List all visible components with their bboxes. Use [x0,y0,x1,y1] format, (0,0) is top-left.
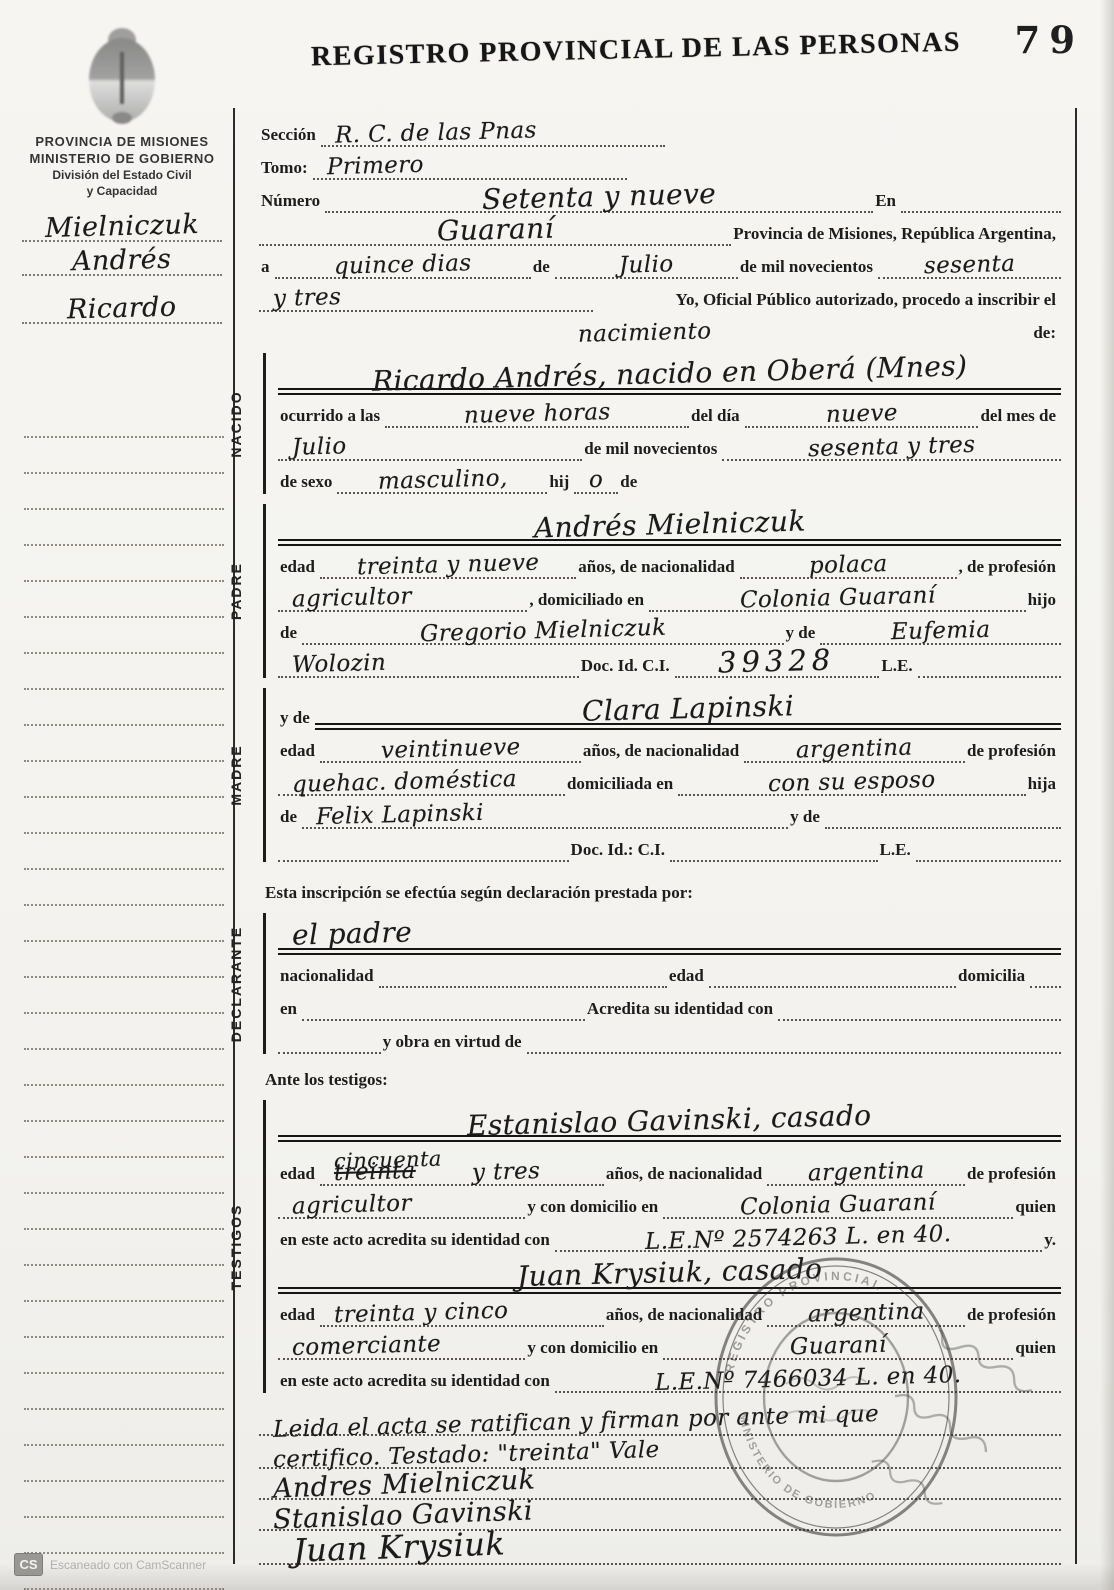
witness2-profesion-field: comerciante [278,1336,525,1360]
tomo-field: Primero [313,156,627,180]
numero-value: Setenta y nueve [482,181,717,214]
madre-section-label: MADRE [228,744,244,805]
tomo-value: Primero [326,155,423,179]
nacido-de-label: de [618,473,642,494]
padre-doc-label: Doc. Id. C.I. [579,657,675,678]
madre-mother-field [825,827,1061,829]
province-label: Provincia de Misiones, República Argenti… [731,225,1061,246]
declarante-acredita-label: Acredita su identidad con [585,1000,778,1021]
witness1-domicilio-field: Colonia Guaraní [663,1195,1013,1219]
a-label: a [259,258,275,279]
witness2-edad-value: treinta y cinco [334,1301,509,1327]
row-madre-name: y de Clara Lapinski [278,688,1061,730]
row-nacido-sexo: de sexo masculino, hij o de [278,461,1061,494]
margin-dotted-line [24,1266,224,1302]
declarante-value: el padre [292,919,413,949]
year-cont-field: y tres [259,288,593,312]
padre-edad-value: treinta y nueve [357,553,540,580]
madre-blank-field [278,860,569,862]
margin-dotted-line [24,1158,224,1194]
sexo-value: masculino, [377,468,507,493]
century-label: de mil novecientos [738,258,878,279]
ocurrido-label: ocurrido a las [278,407,385,428]
padre-y-de-label: y de [784,624,821,645]
row-padre-domicilio: agricultor , domiciliado en Colonia Guar… [278,579,1061,612]
row-declarante-virtud: y obra en virtud de [278,1021,1061,1054]
margin-dotted-line [24,726,224,762]
margin-dotted-line [24,510,224,546]
padre-profesion-value: agricultor [292,586,412,611]
row-witness1-edad: edad cincuenta treinta y tres años, de n… [278,1142,1061,1186]
org-line-4: y Capacidad [20,184,224,198]
witness1-edad-rest: y tres [472,1161,541,1185]
spacer-fill [1030,986,1061,988]
seccion-label: Sección [259,126,321,147]
birth-month-value: Julio [292,436,347,459]
year-cont-value: y tres [273,287,342,311]
section-declarante: DECLARANTE el padre nacionalidad edad do… [263,913,1061,1054]
row-padre-name: Andrés Mielniczuk [278,504,1061,546]
scanned-birth-certificate: REGISTRO PROVINCIAL DE LAS PERSONAS 79 P… [0,0,1114,1590]
madre-edad-label: edad [278,742,320,763]
padre-le-label: L.E. [879,657,917,678]
hij-label: hij [547,473,574,494]
margin-dotted-line [24,1014,224,1050]
month-value: Julio [619,254,674,277]
row-nacido-month: Julio de mil novecientos sesenta y tres [278,428,1061,461]
madre-y-de2-label: y de [788,808,825,829]
witness1-quien-label: quien [1013,1198,1061,1219]
org-line-3: División del Estado Civil [20,168,224,182]
row-seccion: Sección R. C. de las Pnas [259,114,1061,147]
padre-anos-label: años, de nacionalidad [576,558,739,579]
seccion-value: R. C. de las Pnas [335,120,537,147]
margin-dotted-line [24,1086,224,1122]
padre-edad-field: treinta y nueve [320,555,576,579]
margin-dotted-line [24,474,224,510]
madre-father-field: Felix Lapinski [302,805,788,829]
margin-dotted-line [24,654,224,690]
declarante-edad-field [709,986,956,988]
row-declarante-identidad: en Acredita su identidad con [278,988,1061,1021]
madre-ci-field [670,860,878,862]
given-name-1-handwriting: Andrés [72,247,172,275]
sexo-label: de sexo [278,473,337,494]
row-madre-doc: Doc. Id.: C.I. L.E. [278,829,1061,862]
row-padre-doc: Wolozin Doc. Id. C.I. 39328 L.E. [278,645,1061,678]
margin-dotted-line [24,978,224,1014]
seccion-field: R. C. de las Pnas [321,123,665,147]
padre-mother2-field: Wolozin [278,654,579,678]
org-line-2: MINISTERIO DE GOBIERNO [20,151,224,166]
witness1-nacionalidad-field: argentina [767,1162,965,1186]
domicilia-label: domicilia [956,967,1030,988]
madre-nacionalidad-field: argentina [744,739,965,763]
declarante-en-field [302,1019,585,1021]
witness1-domicilio-value: Colonia Guaraní [740,1192,936,1219]
day-field: quince dias [275,255,531,279]
act-value: nacimiento [578,321,712,346]
row-madre-domicilio: quehac. doméstica domiciliada en con su … [278,763,1061,796]
row-act: nacimiento de: [259,312,1061,345]
birth-day-value: nueve [825,403,897,427]
madre-domicilio-value: con su esposo [768,770,936,796]
witness2-edad-field: treinta y cinco [320,1303,604,1327]
section-madre: MADRE y de Clara Lapinski edad veintinue… [263,688,1061,862]
hija-label: hija [1026,775,1061,796]
place-field: Guaraní [259,217,731,246]
margin-given-name-1: Andrés [22,248,222,276]
witness1-profesion-value: agricultor [292,1193,412,1218]
margin-dotted-line [24,870,224,906]
madre-edad-field: veintinueve [320,739,581,763]
witness1-edad-field: cincuenta treinta y tres [320,1151,604,1186]
witness1-profesion-field: agricultor [278,1195,525,1219]
official-label: Yo, Oficial Público autorizado, procedo … [674,291,1061,312]
year-value: sesenta [924,254,1016,278]
del-mes-label: del mes de [978,407,1061,428]
row-madre-edad: edad veintinueve años, de nacionalidad a… [278,730,1061,763]
margin-dotted-line [24,834,224,870]
birth-day-field: nueve [745,404,979,428]
witness1-edad-label: edad [278,1165,320,1186]
section-padre: PADRE Andrés Mielniczuk edad treinta y n… [263,504,1061,678]
margin-dotted-line [24,1374,224,1410]
madre-name-field: Clara Lapinski [315,696,1061,730]
margin-dotted-line [24,762,224,798]
padre-ci-field: 39328 [675,648,880,678]
declarante-edad-label: edad [667,967,709,988]
madre-profesion-label: de profesión [965,742,1061,763]
margin-dotted-line [24,1302,224,1338]
row-date: a quince dias de Julio de mil noveciento… [259,246,1061,279]
witness1-anos-label: años, de nacionalidad [604,1165,767,1186]
nacido-name-value: Ricardo Andrés, nacido en Oberá (Mnes) [372,353,968,395]
padre-profesion-label: , de profesión [957,558,1061,579]
witness1-y-label: y. [1042,1231,1061,1252]
birth-month-field: Julio [278,437,582,461]
hij-suffix-value: o [589,470,604,492]
madre-profesion-field: quehac. doméstica [278,772,565,796]
hij-suffix-field: o [574,470,618,494]
margin-dotted-line [24,402,224,438]
page-title: REGISTRO PROVINCIAL DE LAS PERSONAS [266,26,1007,75]
declarante-nacionalidad-field [379,986,667,988]
row-tomo: Tomo: Primero [259,147,1061,180]
nacido-name-field: Ricardo Andrés, nacido en Oberá (Mnes) [278,361,1061,395]
margin-dotted-line [24,1122,224,1158]
madre-le-field [916,860,1061,862]
testigos-intro-label: Ante los testigos: [263,1071,393,1092]
madre-anos-label: años, de nacionalidad [581,742,744,763]
margin-dotted-line [24,906,224,942]
nacido-section-label: NACIDO [228,390,244,457]
margin-dotted-line [24,1050,224,1086]
page-number: 79 [1015,18,1085,62]
padre-name-field: Andrés Mielniczuk [278,512,1061,546]
margin-dotted-line [24,582,224,618]
madre-edad-value: veintinueve [380,737,520,762]
declarante-en-label: en [278,1000,302,1021]
padre-profesion-field: agricultor [278,588,527,612]
witness1-edad-correction: cincuenta treinta [334,1151,442,1184]
testigos-section-label: TESTIGOS [228,1203,244,1290]
witness1-edad-struck: treinta [334,1161,416,1185]
place-value: Guaraní [436,215,554,245]
madre-doc-label: Doc. Id.: C.I. [569,841,670,862]
scan-edge-shadow [1100,0,1114,1590]
row-declarante-datos: nacionalidad edad domicilia [278,955,1061,988]
witness2-domicilio-label: y con domicilio en [525,1339,663,1360]
padre-mother2-value: Wolozin [292,653,387,677]
virtud-label: y obra en virtud de [381,1033,527,1054]
padre-father-value: Gregorio Mielniczuk [419,618,666,646]
margin-dotted-line [24,1518,224,1554]
hour-value: nueve horas [463,402,610,428]
row-padre-edad: edad treinta y nueve años, de nacionalid… [278,546,1061,579]
margin-dotted-line [24,438,224,474]
margin-dotted-line [24,618,224,654]
madre-de-label: de [278,808,302,829]
madre-domicilio-field: con su esposo [678,772,1025,796]
nacido-century-label: de mil novecientos [582,440,722,461]
witness1-profesion-label: de profesión [965,1165,1061,1186]
margin-dotted-line [24,1194,224,1230]
witness2-acredita-label: en este acto acredita su identidad con [278,1372,555,1393]
marginal-scrawl [850,1330,1110,1570]
surname-handwriting: Mielniczuk [45,212,200,242]
witness1-name-field: Estanislao Gavinski, casado [278,1108,1061,1142]
section-nacido: NACIDO Ricardo Andrés, nacido en Oberá (… [263,353,1061,494]
declarante-section-label: DECLARANTE [228,925,244,1041]
month-field: Julio [555,255,738,279]
tomo-label: Tomo: [259,159,313,180]
declaracion-intro-label: Esta inscripción se efectúa según declar… [263,884,698,905]
scan-bottom-shadow [0,1564,1114,1590]
row-madre-abuelos: de Felix Lapinski y de [278,796,1061,829]
madre-le-label: L.E. [878,841,916,862]
row-witness1-name: Estanislao Gavinski, casado [278,1100,1061,1142]
row-testigos-intro: Ante los testigos: [263,1064,1061,1092]
margin-dotted-line [24,1338,224,1374]
padre-de-label: de [278,624,302,645]
witness1-nacionalidad-value: argentina [808,1160,925,1185]
row-numero: Número Setenta y nueve En [259,180,1061,213]
birth-year-value: sesenta y tres [808,435,976,461]
row-declarante-name: el padre [278,913,1061,955]
witness1-domicilio-label: y con domicilio en [525,1198,663,1219]
row-witness1-domicilio: agricultor y con domicilio en Colonia Gu… [278,1186,1061,1219]
org-line-1: PROVINCIA DE MISIONES [20,134,224,149]
margin-dotted-line [24,690,224,726]
padre-nacionalidad-value: polaca [809,554,888,578]
row-year-cont: y tres Yo, Oficial Público autorizado, p… [259,279,1061,312]
padre-domicilio-value: Colonia Guaraní [739,585,935,612]
margin-dotted-line [24,1230,224,1266]
margin-surname: Mielniczuk [22,214,222,242]
given-name-2-handwriting: Ricardo [67,295,177,323]
row-nacido-hour: ocurrido a las nueve horas del día nueve… [278,395,1061,428]
margin-dotted-line [24,546,224,582]
padre-father-field: Gregorio Mielniczuk [302,621,784,645]
margin-dotted-line [24,1446,224,1482]
declarante-nacionalidad-label: nacionalidad [278,967,379,988]
madre-nacionalidad-value: argentina [796,737,913,762]
numero-field: Setenta y nueve [325,184,873,213]
declarante-virtud-field [527,1052,1061,1054]
declarante-virtud-prefill [278,1052,381,1054]
madre-father-value: Felix Lapinski [316,803,484,829]
madre-domicilio-label: domiciliada en [565,775,678,796]
coat-of-arms-icon [79,22,165,126]
padre-ci-value: 39328 [718,646,836,677]
day-value: quince dias [334,253,472,278]
padre-mother-value: Eufemia [891,620,991,644]
de-colon-label: de: [1031,324,1061,345]
sidebar: PROVINCIA DE MISIONES MINISTERIO DE GOBI… [20,22,224,324]
row-place: Guaraní Provincia de Misiones, República… [259,213,1061,246]
padre-le-field [918,676,1061,678]
margin-given-name-2: Ricardo [22,296,222,324]
act-field: nacimiento [259,323,1031,345]
padre-edad-label: edad [278,558,320,579]
witness2-edad-label: edad [278,1306,320,1327]
signature3-value: Juan Krysiuk [293,1528,506,1566]
margin-dotted-line [24,1482,224,1518]
madre-profesion-value: quehac. doméstica [292,769,517,797]
birth-year-field: sesenta y tres [722,437,1061,461]
hijo-label: hijo [1026,591,1061,612]
margin-dotted-line [24,1410,224,1446]
margin-dotted-line [24,798,224,834]
padre-nacionalidad-field: polaca [740,555,957,579]
de-label: de [531,258,555,279]
padre-domicilio-field: Colonia Guaraní [649,588,1026,612]
row-declaracion-intro: Esta inscripción se efectúa según declar… [263,872,1061,905]
numero-label: Número [259,192,325,213]
en-label: En [873,192,901,213]
witness2-profesion-value: comerciante [292,1334,442,1360]
padre-name-value: Andrés Mielniczuk [533,508,805,542]
year-field: sesenta [878,255,1061,279]
madre-name-value: Clara Lapinski [581,693,794,725]
margin-lines [24,402,224,1590]
padre-section-label: PADRE [228,562,244,620]
witness1-acredita-label: en este acto acredita su identidad con [278,1231,555,1252]
row-padre-abuelos: de Gregorio Mielniczuk y de Eufemia [278,612,1061,645]
padre-domicilio-label: , domiciliado en [527,591,649,612]
margin-dotted-line [24,942,224,978]
witness1-name-value: Estanislao Gavinski, casado [467,1103,872,1140]
madre-y-de-label: y de [278,709,315,730]
declarante-field: el padre [278,921,1061,955]
en-field [901,211,1061,213]
row-nacido-name: Ricardo Andrés, nacido en Oberá (Mnes) [278,353,1061,395]
padre-mother-field: Eufemia [820,621,1061,645]
hour-field: nueve horas [385,404,689,428]
declarante-acredita-field [778,1019,1061,1021]
del-dia-label: del día [689,407,745,428]
sexo-field: masculino, [337,470,547,494]
